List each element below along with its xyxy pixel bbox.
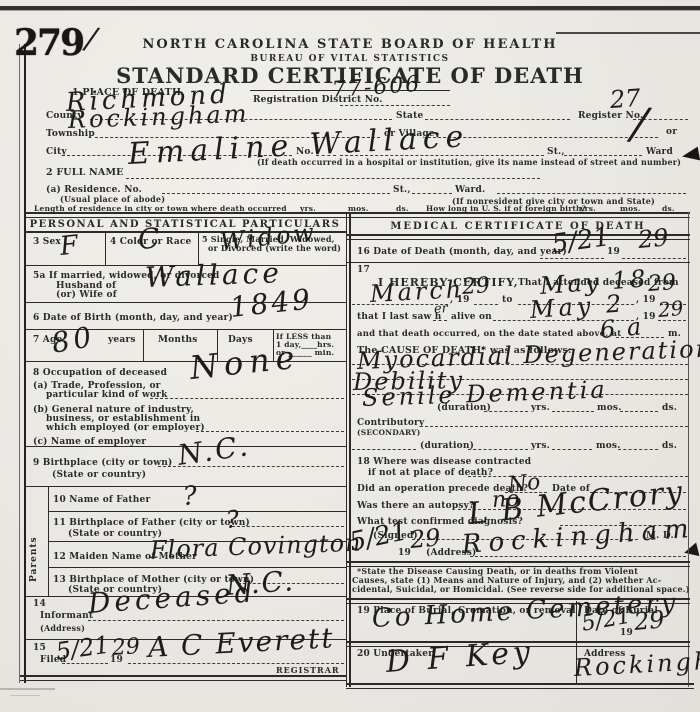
alive-on-label: alive on [451, 313, 492, 323]
certify-number: 17 [357, 266, 370, 276]
burial-year-prefix: 19 [620, 629, 633, 639]
race-value: C [137, 225, 160, 254]
duration-mos-1: mos. [597, 404, 622, 414]
city-label: City [46, 148, 67, 158]
duration-ds-line-1 [620, 411, 658, 412]
residence-st-line [412, 193, 452, 194]
undertaker-value: D F Key [385, 638, 535, 678]
right-column-bottom-border [346, 683, 694, 689]
dob-label: 6 Date of Birth (month, day, and year) [33, 314, 233, 324]
duration-ds-2: ds. [662, 442, 677, 452]
q18-label-2: if not at place of death? [368, 469, 493, 479]
table-top-border [24, 212, 690, 218]
to-year-value: 29 [647, 272, 676, 296]
scan-line-top-right [556, 32, 700, 34]
age-years-label: years [108, 336, 136, 346]
signature-year-prefix: 19 [398, 549, 411, 559]
duration-ds-1: ds. [662, 404, 677, 414]
informant-label: Informant [40, 612, 93, 622]
binding-line-inner [24, 44, 26, 683]
last-saw-label: that I last saw h [357, 313, 442, 323]
full-name-line [126, 178, 540, 179]
informant-number: 14 [33, 600, 46, 610]
age-months-divider [143, 330, 144, 362]
to-label: to [502, 296, 513, 306]
scan-artifact-wedge-1 [681, 147, 700, 164]
birthplace-label: 9 Birthplace (city or town) [33, 459, 172, 469]
contributory-line [420, 426, 688, 427]
mother-name-value: Flora Covington [150, 531, 362, 562]
residence-st-label: St., [393, 186, 411, 196]
duration2-lead-line [352, 449, 416, 450]
duration-mos-2: mos. [596, 442, 621, 452]
left-column-bottom-border [20, 675, 347, 681]
sex-label: 3 Sex [33, 238, 61, 248]
scan-edge-top-shadow [0, 10, 700, 11]
death-occurred-line: and that death occurred, on the date sta… [357, 330, 621, 339]
dob-value: 1849 [229, 285, 315, 322]
birthplace-value: N.C. [176, 432, 252, 470]
filed-number: 15 [33, 644, 46, 654]
state-label: State [396, 112, 423, 122]
pencil-smudge-1 [0, 688, 55, 690]
occupation-label: 8 Occupation of deceased [33, 369, 167, 379]
duration-yrs-1: yrs. [531, 404, 550, 414]
father-name-value: ? [182, 483, 198, 510]
residence-ward-line [497, 193, 686, 194]
registration-district-line [340, 105, 450, 106]
header-org: NORTH CAROLINA STATE BOARD OF HEALTH [0, 38, 700, 52]
occupation-b-line [196, 431, 344, 432]
residence-line [162, 193, 390, 194]
sex-race-divider [105, 232, 106, 266]
burial-year-value: 29 [633, 607, 666, 634]
date-of-death-value: 5/21 [550, 224, 611, 258]
pencil-smudge-2 [10, 695, 40, 696]
from-year-line [474, 304, 498, 305]
stray-slash-mark: / [630, 102, 649, 147]
duration-yrs-2: yrs. [531, 442, 550, 452]
duration-yrs-line-1 [484, 411, 528, 412]
q18-label-1: 18 Where was disease contracted [357, 458, 531, 468]
age-months-label: Months [158, 336, 197, 346]
ward-line [564, 155, 642, 156]
from-year-value: 29 [461, 275, 490, 299]
registration-district-value: 77-606 [331, 74, 422, 102]
registrar-signature: A C Everett [147, 624, 335, 662]
row-16-bottom [346, 262, 690, 263]
date-of-death-label: 16 Date of Death (month, day, and year) [357, 248, 567, 258]
parents-label: Parents [30, 512, 40, 582]
duration-mos-line-1 [552, 411, 594, 412]
birthplace-sub: (State or country) [52, 471, 146, 481]
column-divider-outer [346, 212, 347, 687]
father-name-label: 10 Name of Father [53, 496, 150, 506]
township-value: Rockingham [68, 102, 250, 132]
occupation-a-line [150, 398, 344, 399]
registrar-label: REGISTRAR [276, 666, 340, 675]
column-divider-inner [349, 212, 351, 687]
occupation-value: None [188, 341, 302, 384]
her-value: er [434, 302, 449, 316]
row-12-bottom [48, 567, 347, 568]
duration-label-2: (duration) [420, 442, 474, 452]
date-of-death-line [540, 258, 604, 259]
row-10-bottom [48, 511, 347, 512]
date-of-death-year-value: 29 [637, 225, 670, 252]
occupation-a2: particular kind of work [46, 391, 168, 401]
binding-line-outer [19, 44, 20, 683]
filed-year-value: 29 [111, 636, 140, 660]
father-birthplace-label: 11 Birthplace of Father (city or town) [53, 519, 250, 529]
or-label: or [666, 128, 677, 138]
sex-value: F [59, 232, 80, 260]
attended-from-value: March [369, 277, 464, 306]
informant-sub: (Address) [40, 624, 85, 633]
parents-bracket-line [48, 487, 49, 597]
table-right-border [688, 212, 689, 687]
occupation-b3: which employed (or employer) [46, 424, 205, 434]
secondary-label: (SECONDARY) [357, 429, 420, 437]
abode-note: (Usual place of abode) [60, 195, 165, 204]
autopsy-label: Was there an autopsy? [357, 502, 475, 512]
duration-ds-line-2 [618, 449, 658, 450]
duration-mos-line-2 [552, 449, 592, 450]
h-blank-line [433, 320, 447, 321]
duration-label-1: (duration) [437, 404, 491, 414]
residence-ward-label: Ward. [455, 186, 485, 196]
father-birthplace-sub: (State or country) [68, 530, 162, 540]
father-birthplace-value: ? [225, 507, 240, 532]
age-value: 80 [50, 323, 98, 358]
date-of-death-year-line [622, 258, 686, 259]
death-certificate-scan: 279 / NORTH CAROLINA STATE BOARD OF HEAL… [0, 0, 700, 712]
alive-year-value: 29 [657, 298, 684, 320]
to-year-prefix: , 19 [636, 296, 656, 306]
father-birthplace-line [232, 526, 344, 527]
duration-yrs-line-2 [468, 449, 528, 450]
informant-value: Deceased [87, 578, 257, 618]
informant-line [88, 620, 344, 621]
spouse-wife-label: (or) Wife of [56, 291, 117, 301]
full-name-label: 2 FULL NAME [46, 168, 124, 178]
filed-date-value: 5/21 [54, 633, 111, 664]
